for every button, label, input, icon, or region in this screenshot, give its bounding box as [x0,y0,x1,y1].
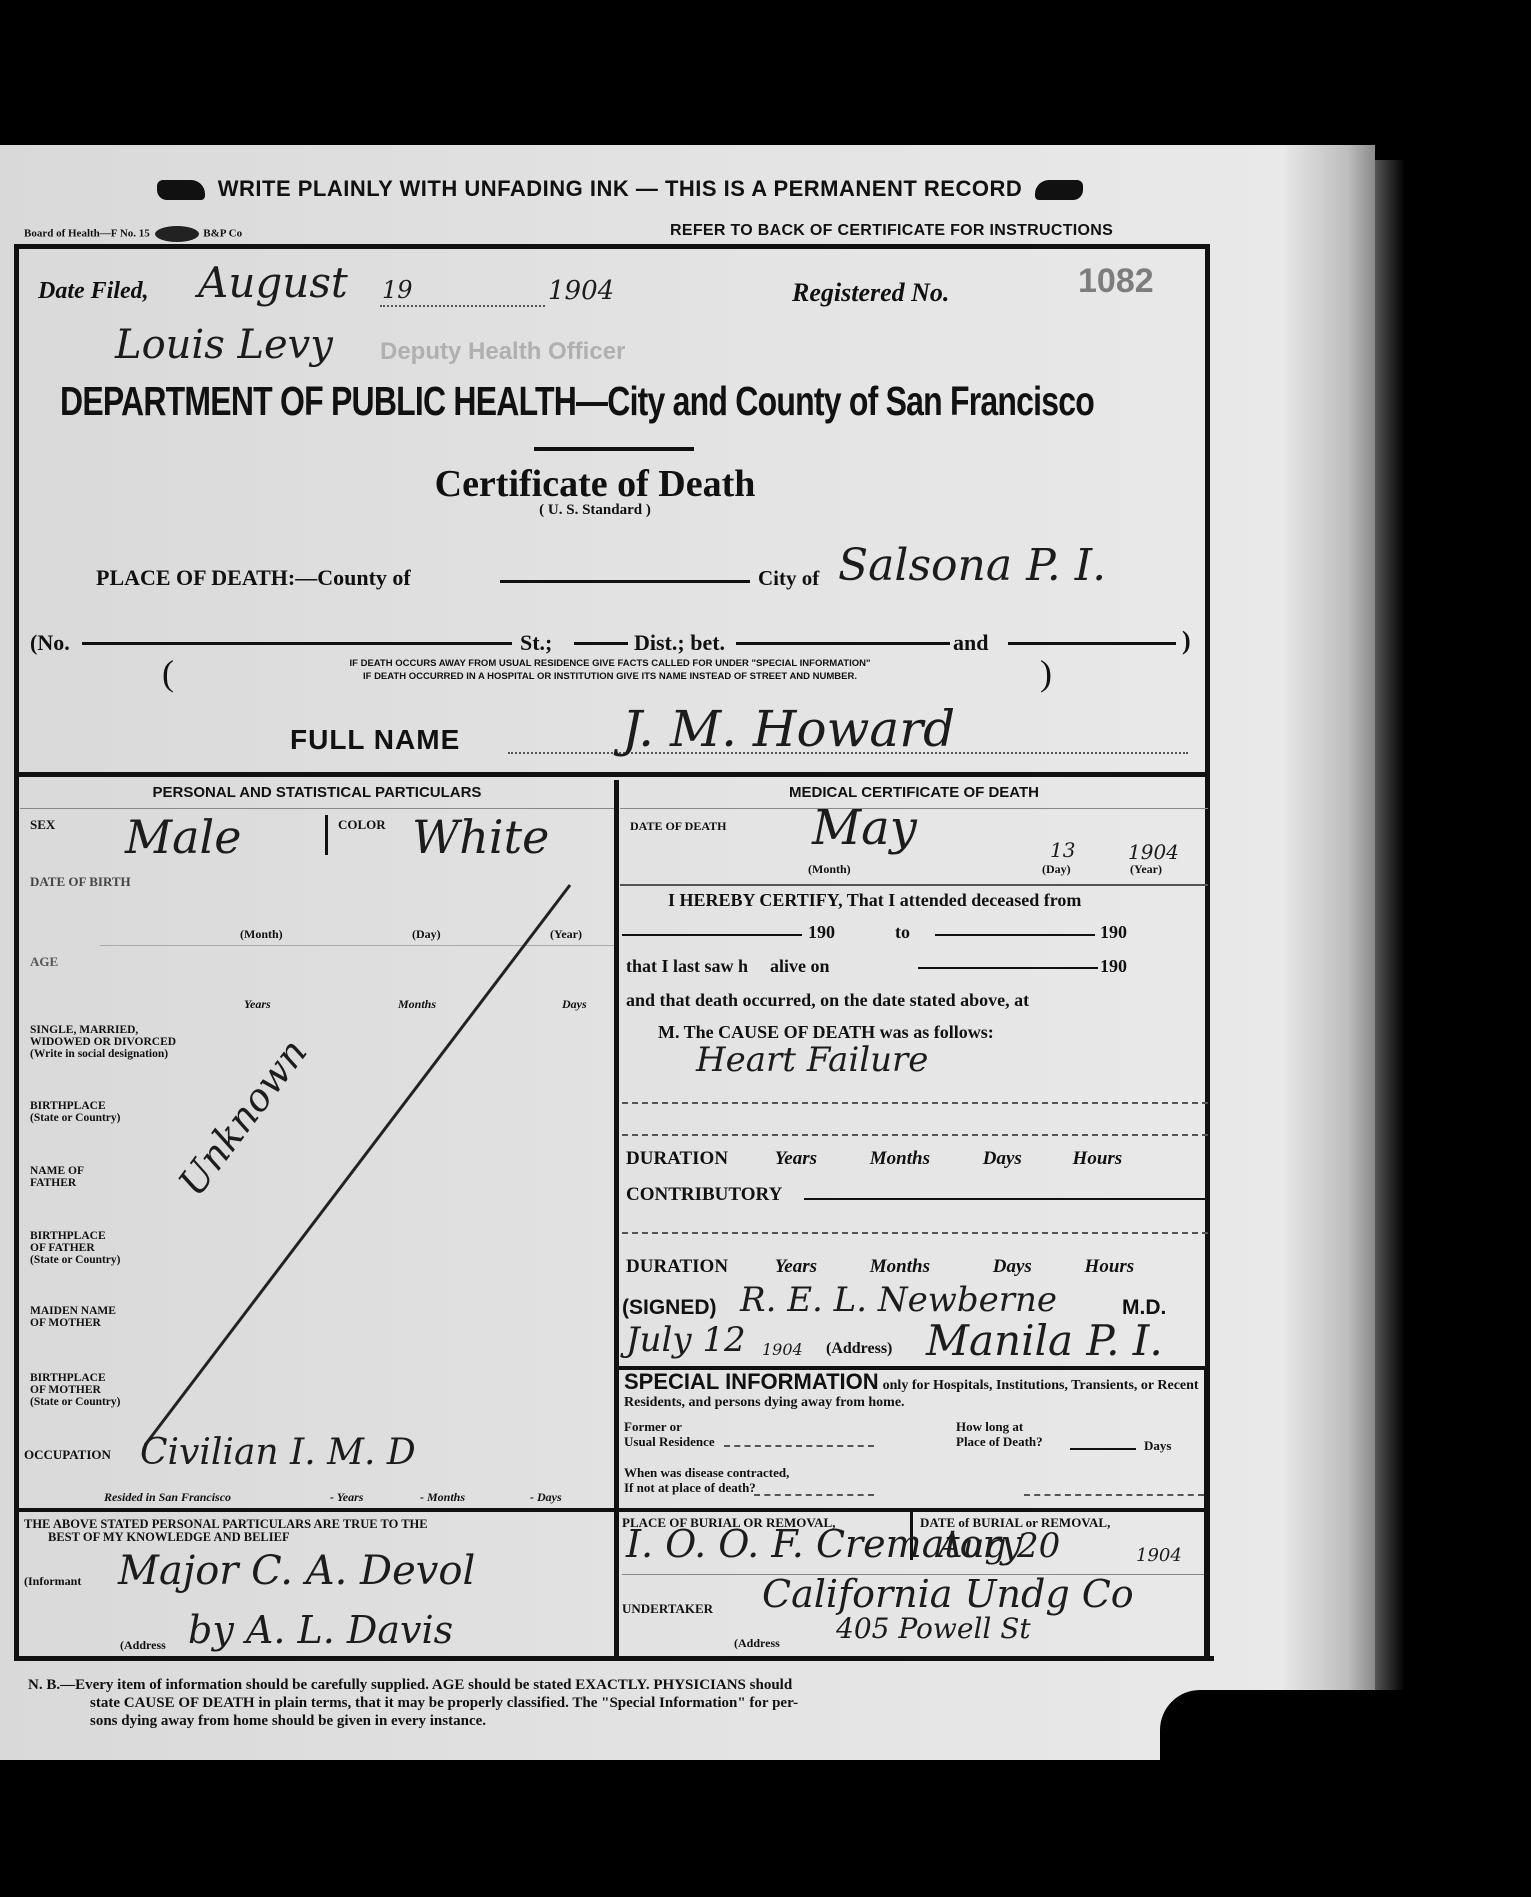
cause-line-3 [622,1134,1208,1136]
contributory-label: CONTRIBUTORY [626,1184,782,1206]
informant-address-label: (Address [120,1638,166,1653]
signed-address: Manila P. I. [926,1316,1163,1365]
row-line [620,884,1208,886]
note-close-paren: ) [1040,652,1052,694]
street-label: St.; [520,630,552,656]
date-filed-underline [380,305,545,307]
occupation-divider [14,1508,614,1512]
disease-contracted-blank [754,1494,874,1496]
section-divider [14,772,1210,777]
alive-on-label: alive on [770,956,830,977]
full-name-value: J. M. Howard [622,700,955,758]
street-no-label: (No. [30,630,70,656]
date-filed-day: 19 [382,276,413,304]
death-day-label: (Day) [1042,862,1071,877]
to-year-prefix: 190 [1100,922,1127,943]
former-residence-blank [724,1445,874,1447]
signed-label: (SIGNED) [622,1296,717,1320]
certificate-title: Certificate of Death [0,462,1190,506]
how-long-blank [1070,1448,1136,1450]
to-label: to [895,922,910,943]
color-label: COLOR [338,818,386,832]
death-month-label: (Month) [808,862,851,877]
burial-divider [619,1508,1210,1512]
death-day: 13 [1050,838,1075,862]
contributory-blank [804,1198,1206,1200]
signed-address-label: (Address) [826,1340,892,1358]
resided-months: - Months [420,1490,465,1505]
certify-statement: I HEREBY CERTIFY, That I attended deceas… [668,890,1081,911]
undertaker-address: 405 Powell St [836,1612,1031,1645]
father-name-label: NAME OF FATHER [30,1165,84,1189]
place-of-death-label: PLACE OF DEATH:—County of [96,565,411,591]
how-long-label: How long at Place of Death? [956,1420,1043,1450]
undertaker-address-label: (Address [734,1636,780,1651]
duration-row-1: DURATION Years Months Days Hours [626,1148,1122,1170]
city-value: Salsona P. I. [838,540,1106,591]
signature-title-stamp: Deputy Health Officer [380,338,625,366]
footnote: N. B.—Every item of information should b… [28,1676,1188,1730]
filing-signature: Louis Levy [115,322,333,368]
sex-value: Male [125,810,241,864]
registered-label: Registered No. [792,278,949,308]
signed-year: 1904 [762,1340,803,1359]
date-of-death-label: DATE OF DEATH [630,820,726,833]
mother-maiden-name-label: MAIDEN NAME OF MOTHER [30,1305,116,1329]
resided-label: Resided in San Francisco [104,1490,231,1505]
resided-years: - Years [330,1490,363,1505]
personal-heading: PERSONAL AND STATISTICAL PARTICULARS [20,784,614,801]
death-year: 1904 [1128,840,1179,864]
age-label: AGE [30,955,58,969]
from-year-prefix: 190 [808,922,835,943]
district-blank [736,642,950,645]
resided-days: - Days [530,1490,562,1505]
mother-birthplace-label: BIRTHPLACE OF MOTHER (State or Country) [30,1372,121,1408]
duration-row-2: DURATION Years Months Days Hours [626,1256,1134,1278]
signed-date: July 12 [626,1320,746,1360]
occupation-label: OCCUPATION [24,1448,111,1462]
informant-statement: THE ABOVE STATED PERSONAL PARTICULARS AR… [24,1518,599,1543]
last-saw-year-prefix: 190 [1100,956,1127,977]
burial-date: Aug 20 [938,1526,1060,1566]
refer-instructions: REFER TO BACK OF CERTIFICATE FOR INSTRUC… [670,222,1113,240]
cause-of-death: Heart Failure [696,1040,928,1080]
district-label: Dist.; bet. [634,630,725,656]
burial-year: 1904 [1136,1545,1182,1566]
cause-line-2 [622,1102,1208,1104]
pointing-hand-icon [1035,180,1083,200]
from-blank [622,934,802,936]
close-paren: ) [1182,626,1191,656]
occupation-value: Civilian I. M. D [140,1432,416,1473]
street-blank [574,642,628,645]
place-of-death-note: IF DEATH OCCURS AWAY FROM USUAL RESIDENC… [180,658,1040,684]
dob-label: DATE OF BIRTH [30,875,131,889]
sex-label: SEX [30,818,55,832]
full-name-label: FULL NAME [290,724,460,756]
informant-address: by A. L. Davis [188,1608,453,1652]
death-year-label: (Year) [1130,862,1162,877]
instruction-banner: WRITE PLAINLY WITH UNFADING INK — THIS I… [75,176,1165,202]
birthplace-label: BIRTHPLACE (State or Country) [30,1100,121,1124]
note-open-paren: ( [162,652,174,694]
death-occurred-label: and that death occurred, on the date sta… [626,990,1029,1011]
contributory-line-2 [622,1232,1208,1234]
pointing-hand-icon [157,180,205,200]
date-filed-year: 1904 [548,276,614,306]
county-blank [500,580,750,583]
row-line [20,808,614,809]
city-label: City of [758,566,819,591]
and-label: and [953,630,988,656]
disease-contracted-blank-2 [1024,1494,1204,1496]
former-residence-label: Former or Usual Residence [624,1420,715,1450]
registered-number: 1082 [1078,262,1154,301]
date-filed-label: Date Filed, [38,278,149,305]
date-filed-month: August [198,258,348,307]
and-blank [1008,642,1176,645]
book-spine-shadow [1375,160,1405,1800]
color-value: White [412,810,549,864]
column-divider [614,780,619,1660]
father-birthplace-label: BIRTHPLACE OF FATHER (State or Country) [30,1230,121,1266]
medical-heading: MEDICAL CERTIFICATE OF DEATH [620,784,1208,801]
undertaker-label: UNDERTAKER [622,1602,713,1616]
undertaker-value: California Undg Co [762,1572,1134,1616]
last-saw-label: that I last saw h [626,956,748,977]
certificate-standard: ( U. S. Standard ) [0,502,1190,519]
form-number: Board of Health—F No. 15 B&P Co [24,226,242,242]
sex-color-divider [325,815,328,855]
death-month: May [812,800,917,856]
title-divider [534,447,694,451]
informant-label: (Informant [24,1574,81,1589]
department-title: DEPARTMENT OF PUBLIC HEALTH—City and Cou… [60,378,934,425]
special-info-heading: SPECIAL INFORMATION only for Hospitals, … [624,1370,1208,1411]
bottom-rule [14,1656,1214,1661]
last-saw-blank [918,967,1098,969]
right-frame-edge [1204,1370,1209,1660]
union-seal-icon [155,226,199,242]
informant-value: Major C. A. Devol [118,1548,475,1594]
disease-contracted-label: When was disease contracted, If not at p… [624,1466,789,1496]
signed-by: R. E. L. Newberne [740,1280,1057,1320]
to-blank [935,934,1095,936]
how-long-days-label: Days [1144,1438,1171,1454]
scan-background-bottom [0,1760,1531,1897]
street-no-blank [82,642,512,645]
book-page-edges [1285,145,1375,1785]
